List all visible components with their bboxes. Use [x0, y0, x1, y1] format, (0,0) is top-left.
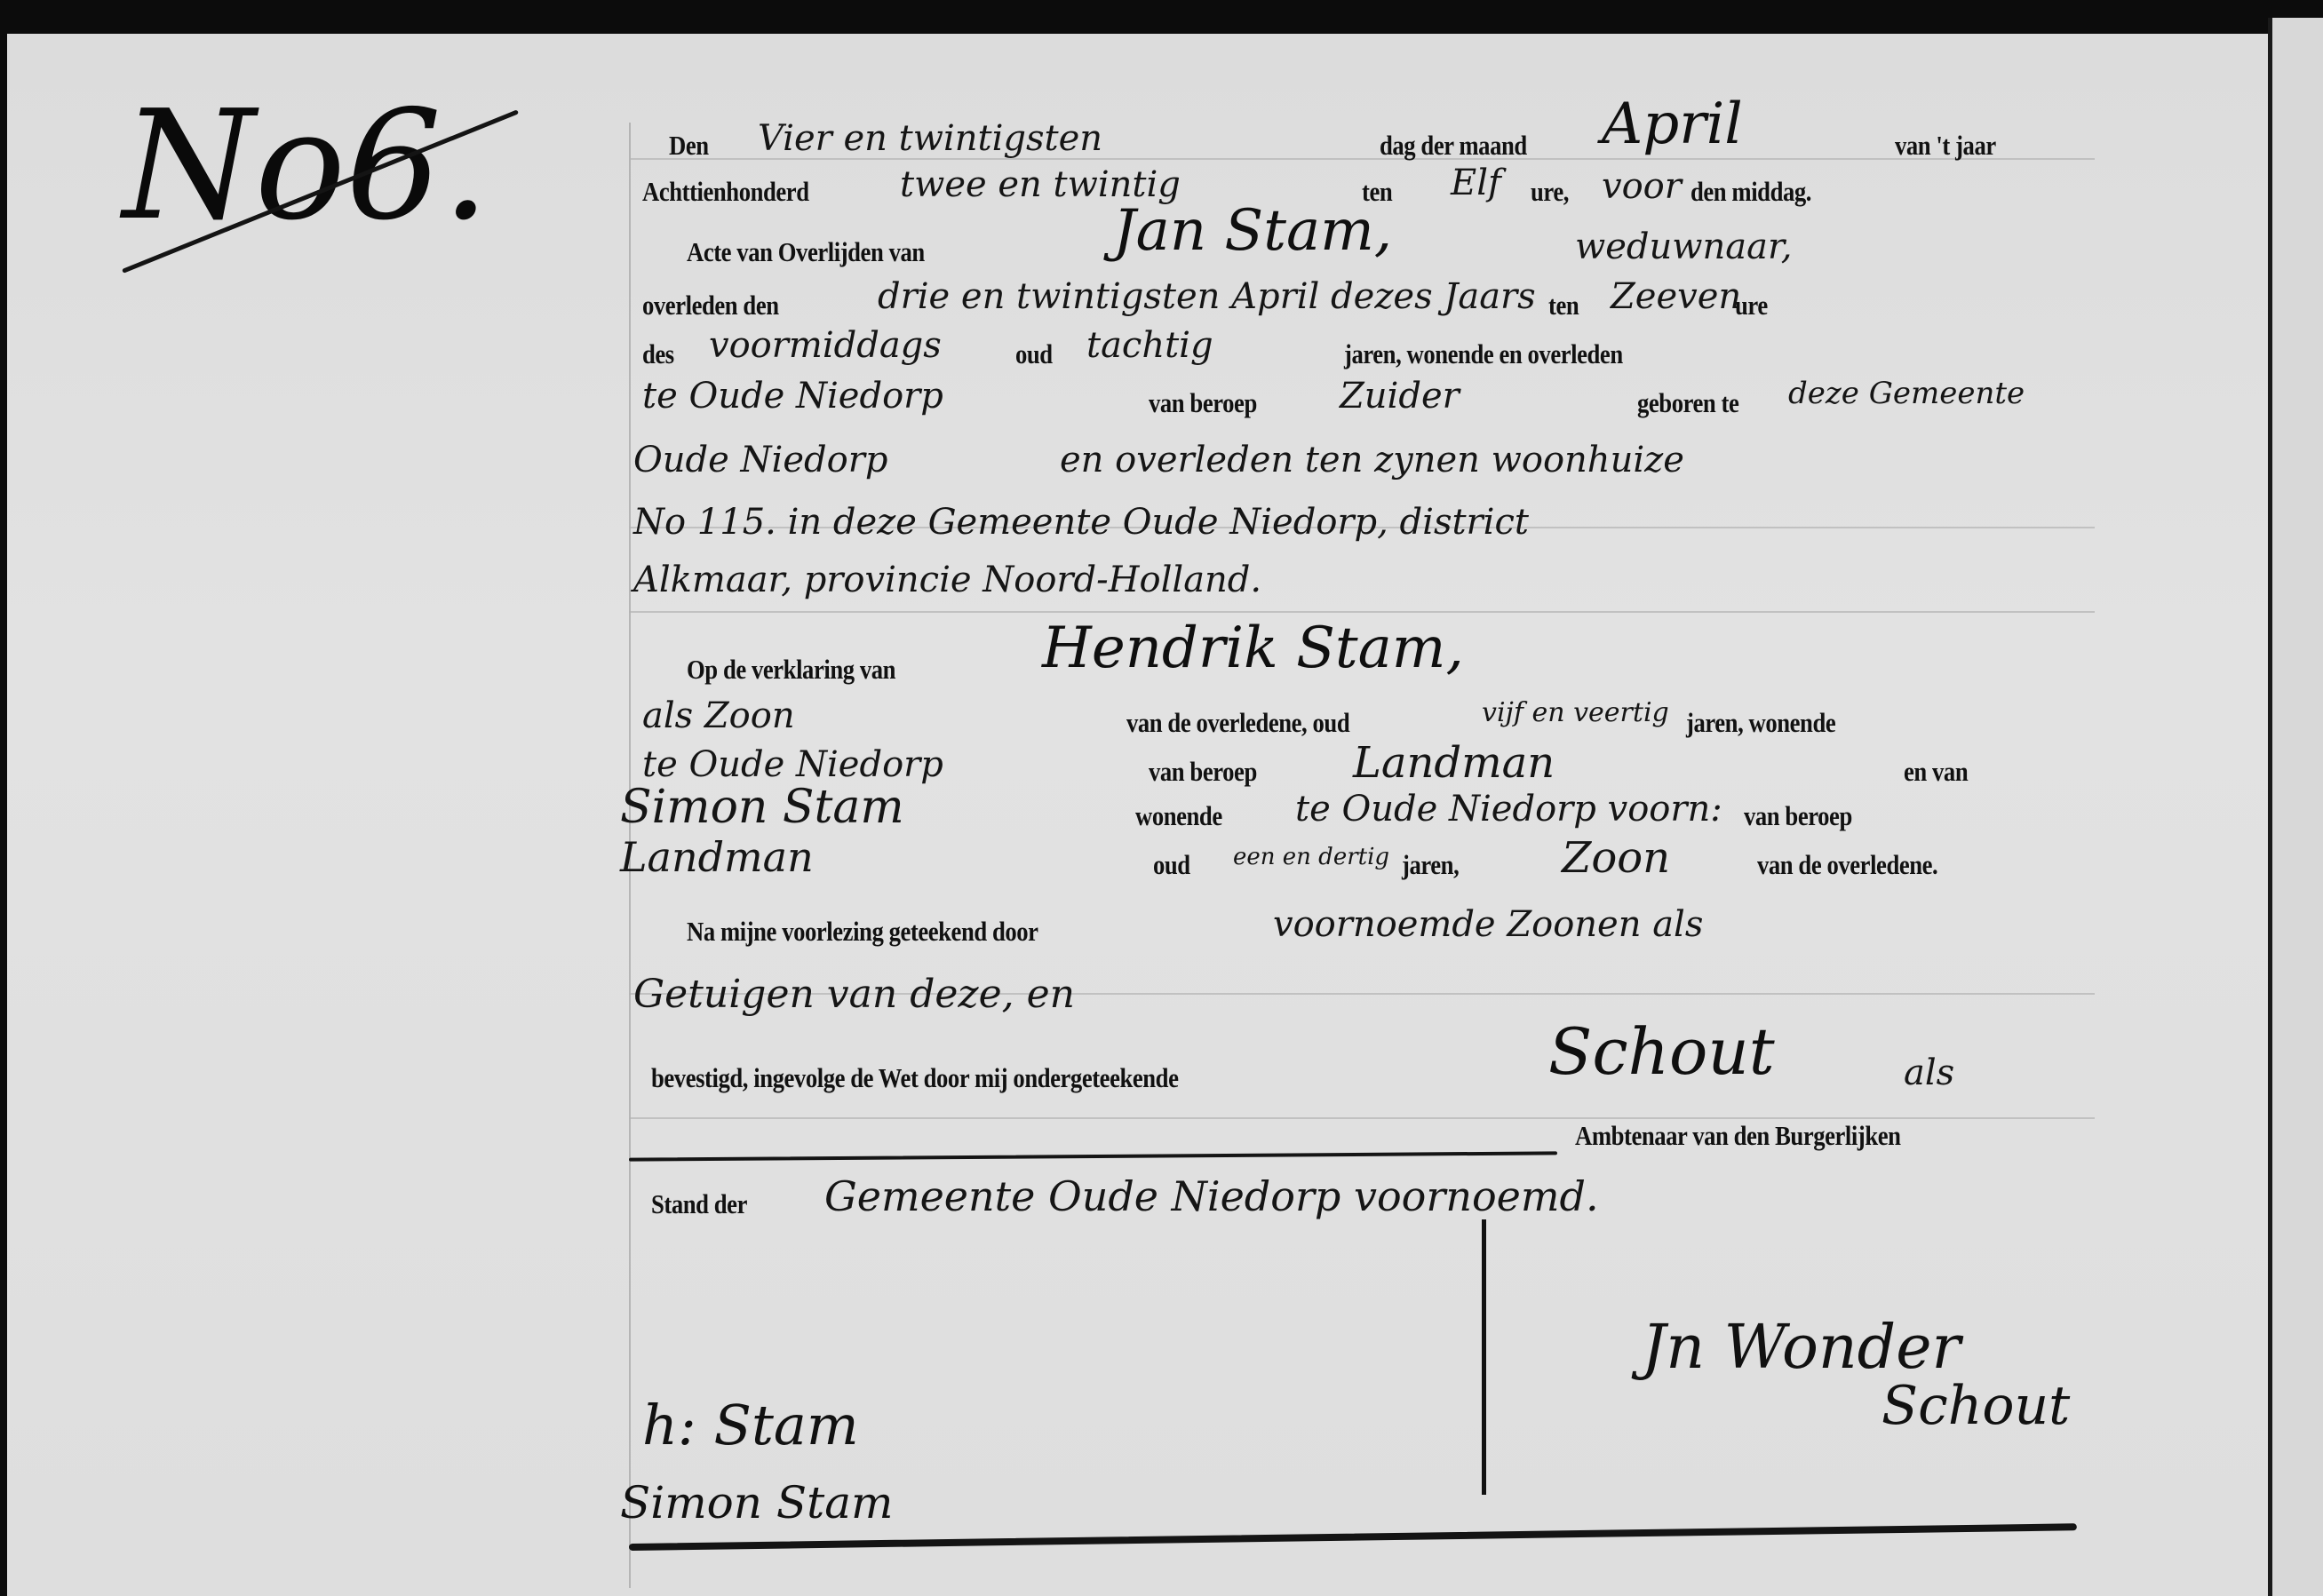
line-birthplace: Oude Niedorp en overleden ten zynen woon…	[633, 442, 887, 478]
adjacent-page-edge	[2268, 18, 2323, 1596]
signature-witness-2: Simon Stam	[620, 1477, 893, 1529]
line-deceased-name: Acte van Overlijden van Jan Stam, weduwn…	[687, 238, 963, 266]
line-district: Alkmaar, provincie Noord-Holland.	[633, 562, 1261, 598]
line-age: des voormiddags oud tachtig jaren, wonen…	[642, 340, 680, 369]
line-death-date: overleden den drie en twintigsten April …	[642, 291, 801, 320]
line-municipality: Stand der Gemeente Oude Niedorp voornoem…	[651, 1190, 763, 1219]
line-date-day: Den Vier en twintigsten dag der maand Ap…	[669, 131, 715, 160]
line-address: No 115. in deze Gemeente Oude Niedorp, d…	[633, 504, 1529, 540]
line-signing: Na mijne voorlezing geteekend door voorn…	[687, 917, 1095, 946]
line-official: Ambtenaar van den Burgerlijken	[1575, 1122, 1953, 1150]
signature-witness-1: h: Stam	[642, 1393, 859, 1457]
signature-brace	[1482, 1219, 1495, 1495]
document-page: No6. Den Vier en twintigsten dag der maa…	[7, 34, 2268, 1596]
ruled-line	[629, 611, 2095, 613]
fill-stroke	[629, 1151, 1557, 1161]
line-year-hour: Achttienhonderd twee en twintig ten Elf …	[642, 178, 836, 206]
signature-official-title: Schout	[1881, 1375, 2070, 1437]
record-number: No6.	[123, 78, 489, 254]
ruled-line	[629, 1117, 2095, 1119]
line-declarant-2-details: Landman oud een en dertig jaren, Zoon va…	[620, 851, 814, 892]
signature-official-name: Jn Wonder	[1642, 1313, 1961, 1383]
line-declarant-1: Op de verklaring van Hendrik Stam,	[687, 655, 929, 684]
line-declarant-1-relation: als Zoon van de overledene, oud vijf en …	[642, 709, 795, 744]
line-residence-occupation: te Oude Niedorp van beroep Zuider gebore…	[642, 389, 943, 425]
line-witnesses: Getuigen van deze, en	[633, 975, 1075, 1014]
line-confirmation: bevestigd, ingevolge de Wet door mij ond…	[651, 1064, 1264, 1092]
